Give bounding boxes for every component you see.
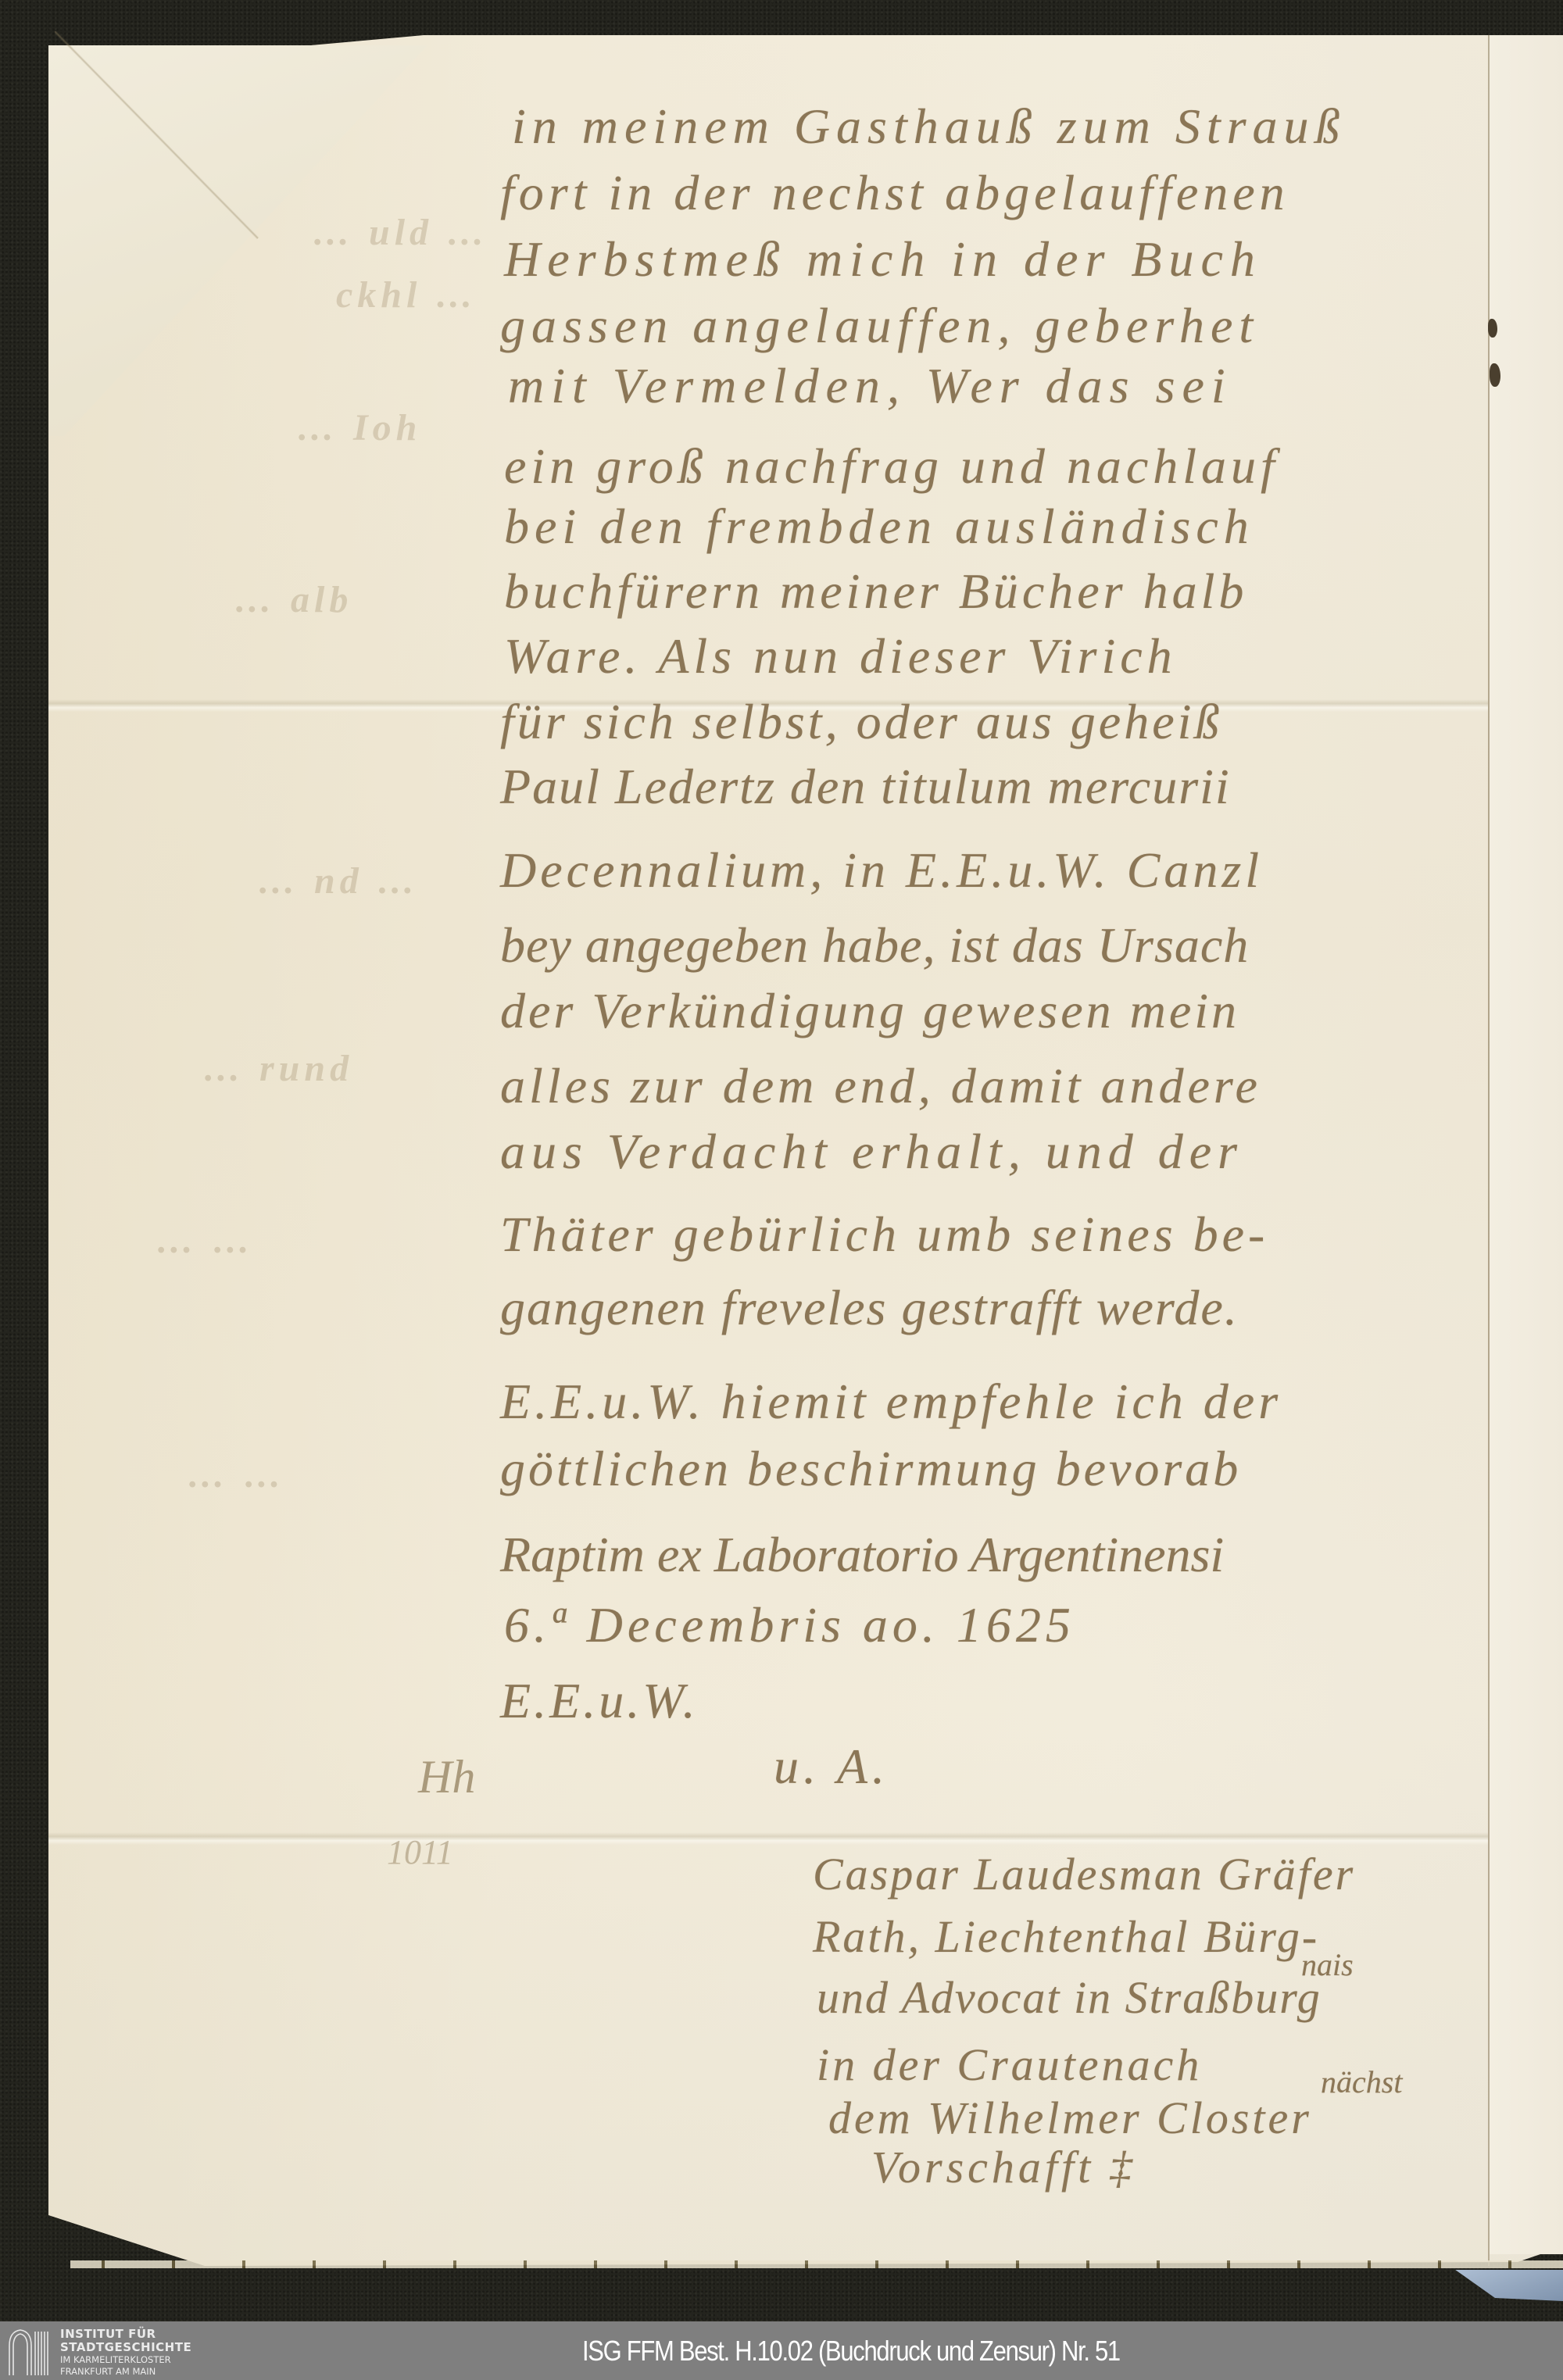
text-line: bei den frembden ausländisch: [504, 502, 1254, 552]
text-line: Ware. Als nun dieser Virich: [504, 631, 1177, 681]
text-line: aus Verdacht erhalt, und der: [500, 1127, 1243, 1177]
text-line: bey angegeben habe, ist das Ursach: [500, 920, 1249, 970]
institute-name-line1: INSTITUT FÜR: [60, 2327, 156, 2341]
text-line: fort in der nechst abgelauffenen: [500, 168, 1289, 218]
closing-mark: u. A.: [774, 1742, 889, 1792]
ink-spot: [1490, 363, 1500, 387]
institute-name-line4: FRANKFURT AM MAIN: [60, 2366, 156, 2377]
bleed-through-text: … Ioh: [297, 406, 421, 449]
text-line: E.E.u.W. hiemit empfehle ich der: [500, 1377, 1282, 1427]
text-line: göttlichen beschirmung bevorab: [500, 1444, 1241, 1494]
bleed-through-text: … …: [188, 1453, 286, 1496]
signature-line: dem Wilhelmer Closter: [828, 2096, 1312, 2141]
paper-bottom-edge: [70, 2260, 1563, 2268]
text-line: mit Vermelden, Wer das sei: [508, 361, 1232, 411]
institute-name-line2: STADTGESCHICHTE: [60, 2340, 191, 2354]
margin-mark: 1011: [387, 1832, 453, 1872]
signature-line: Rath, Liechtenthal Bürg-: [813, 1914, 1319, 1960]
signature-superscript: nächst: [1321, 2067, 1402, 2098]
bleed-through-text: … alb: [234, 578, 352, 621]
signature-line: Vorschafft ‡: [871, 2145, 1136, 2190]
text-line: Herbstmeß mich in der Buch: [504, 234, 1262, 284]
signature-line: in der Crautenach: [817, 2042, 1202, 2088]
bleed-through-text: … nd …: [258, 859, 420, 902]
text-line: gassen angelauffen, geberhet: [500, 301, 1259, 351]
signature-line: und Advocat in Straßburg: [817, 1975, 1322, 2021]
salutation-line: E.E.u.W.: [500, 1676, 699, 1726]
text-line: alles zur dem end, damit andere: [500, 1061, 1261, 1111]
bleed-through-text: … rund: [203, 1047, 353, 1090]
text-line: für sich selbst, oder aus geheiß: [500, 697, 1222, 747]
horizontal-crease: [48, 1832, 1488, 1845]
text-line: Raptim ex Laboratorio Argentinensi: [500, 1530, 1224, 1580]
text-line: in meinem Gasthauß zum Strauß: [512, 102, 1347, 152]
bleed-through-text: … …: [156, 1219, 255, 1262]
text-line: buchfürern meiner Bücher halb: [504, 566, 1247, 616]
text-line: der Verkündigung gewesen mein: [500, 986, 1239, 1036]
bleed-through-text: ckhl …: [336, 273, 477, 316]
institute-name-line3: IM KARMELITERKLOSTER: [60, 2354, 171, 2365]
text-line: Paul Ledertz den titulum mercurii: [500, 762, 1231, 812]
text-line: ein groß nachfrag und nachlauf: [504, 441, 1279, 491]
paper-right-leaf: [1490, 35, 1563, 2254]
ink-spot: [1488, 319, 1497, 338]
text-line: Thäter gebürlich umb seines be-: [500, 1210, 1268, 1260]
archive-reference-caption: ISG FFM Best. H.10.02 (Buchdruck und Zen…: [582, 2335, 1120, 2367]
bleed-through-text: … uld …: [313, 211, 489, 254]
institute-logo-arch-icon: [6, 2328, 50, 2375]
margin-mark: Hh: [418, 1750, 475, 1804]
signature-line: Caspar Laudesman Gräfer: [813, 1852, 1355, 1897]
text-line: Decennalium, in E.E.u.W. Canzl: [500, 845, 1263, 895]
text-line: gangenen freveles gestrafft werde.: [500, 1283, 1239, 1333]
date-line: 6.ª Decembris ao. 1625: [504, 1600, 1075, 1650]
